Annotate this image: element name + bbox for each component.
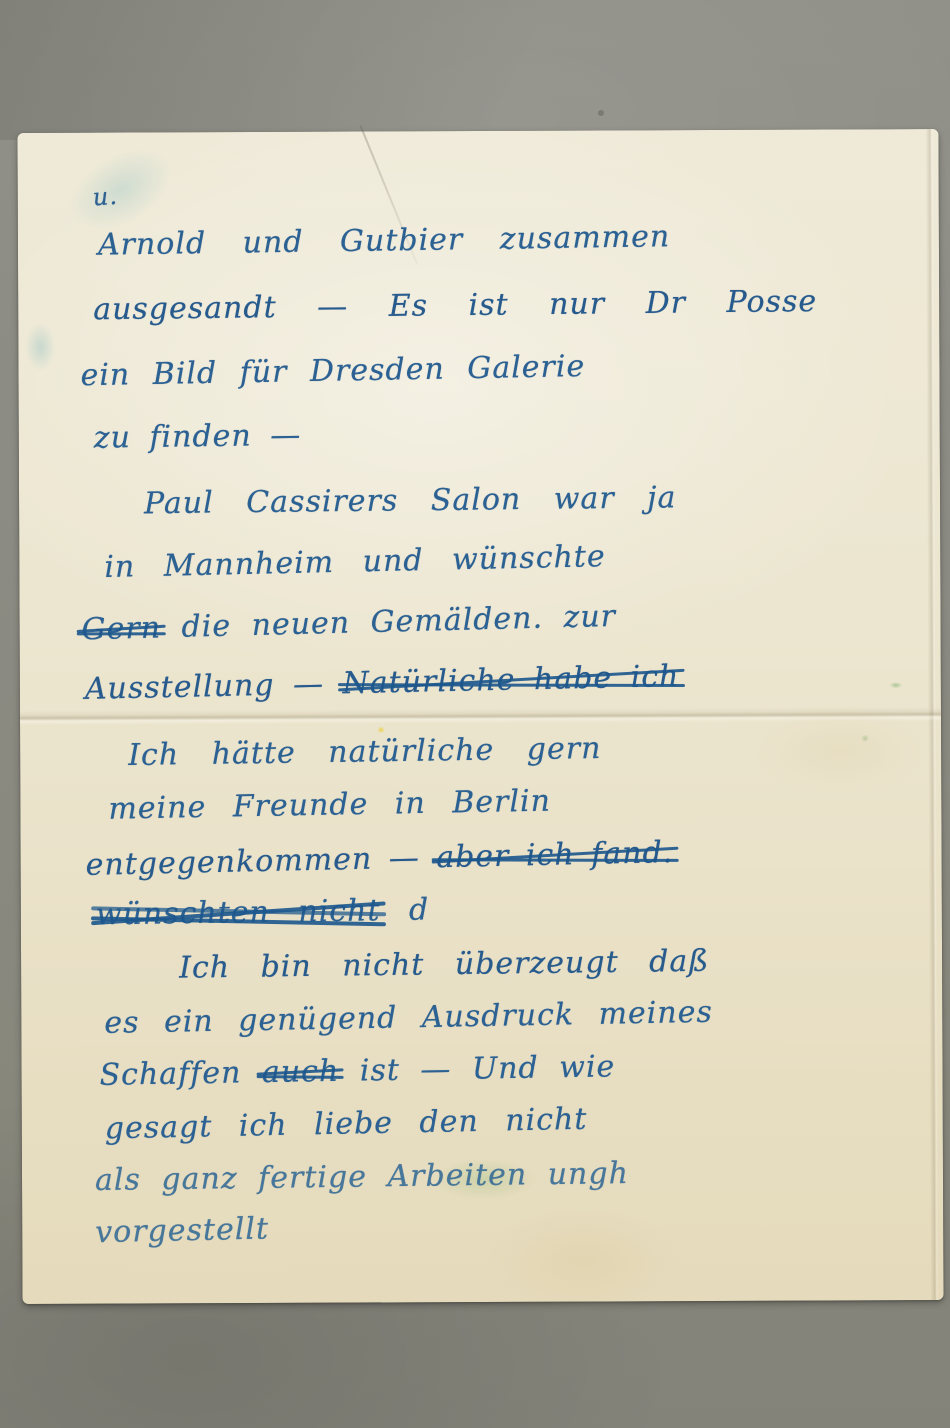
struck-text: wünschten nicht xyxy=(96,893,381,932)
manuscript-line: vorgestellt xyxy=(95,1211,269,1250)
stain-smudge xyxy=(452,1190,713,1331)
handwriting-text: als ganz fertige Arbeiten ungh xyxy=(95,1156,629,1198)
handwriting-text: Ich bin nicht überzeugt daß xyxy=(179,944,710,986)
handwriting-text: ist — Und wie xyxy=(339,1049,616,1089)
manuscript-line: als ganz fertige Arbeiten ungh xyxy=(95,1156,629,1198)
ink-smudge xyxy=(20,315,60,379)
manuscript-line: Gern die neuen Gemälden. zur xyxy=(81,599,616,648)
handwriting-text: es ein genügend Ausdruck meines xyxy=(104,995,713,1041)
manuscript-line: Ausstellung — Natürliche habe ich xyxy=(85,659,680,707)
manuscript-line: Paul Cassirers Salon war ja xyxy=(144,480,677,521)
handwriting-text: zu finden — xyxy=(94,418,302,456)
stain-fleck xyxy=(376,725,386,734)
handwriting-text: vorgestellt xyxy=(95,1211,269,1250)
manuscript-line: zu finden — xyxy=(94,418,302,456)
background-shadow xyxy=(0,0,950,140)
manuscript-line: ein Bild für Dresden Galerie xyxy=(80,349,585,393)
handwriting-text: ein Bild für Dresden Galerie xyxy=(80,349,585,393)
handwriting-text: die neuen Gemälden. zur xyxy=(161,599,617,646)
background-speck xyxy=(598,110,604,116)
manuscript-line: Schaffen auch ist — Und wie xyxy=(99,1049,615,1093)
manuscript-line: Ich hätte natürliche gern xyxy=(128,731,602,773)
handwriting-text: meine Freunde in Berlin xyxy=(108,784,551,827)
manuscript-line: ausgesandt — Es ist nur Dr Posse xyxy=(93,284,817,327)
handwriting-text: Ich hätte natürliche gern xyxy=(128,731,602,773)
manuscript-line: entgegenkommen — aber ich fand. xyxy=(85,835,673,883)
struck-text: Gern xyxy=(81,610,161,647)
handwriting-text: d xyxy=(380,892,429,928)
handwriting-text: Ausstellung — xyxy=(85,666,343,707)
manuscript-line: Arnold und Gutbier zusammen xyxy=(98,219,671,262)
handwriting-text: Schaffen xyxy=(99,1055,262,1093)
handwriting-text: Arnold und Gutbier zusammen xyxy=(98,219,671,262)
stain-fleck xyxy=(888,681,904,689)
stain-smudge xyxy=(720,689,950,810)
manuscript-line: gesagt ich liebe den nicht xyxy=(104,1102,587,1147)
manuscript-line: es ein genügend Ausdruck meines xyxy=(104,995,713,1041)
handwriting-text: entgegenkommen — xyxy=(85,840,436,883)
manuscript-line: wünschten nicht d xyxy=(96,892,430,932)
manuscript-line: meine Freunde in Berlin xyxy=(108,784,551,827)
manuscript-line: Ich bin nicht überzeugt daß xyxy=(179,944,710,986)
struck-text: aber ich fand. xyxy=(436,835,674,875)
handwriting-text: in Mannheim und wünschte xyxy=(104,539,606,585)
manuscript-line: in Mannheim und wünschte xyxy=(104,539,606,585)
struck-text: Natürliche habe ich xyxy=(342,659,680,701)
letter-page: u. Arnold und Gutbier zusammen ausgesand… xyxy=(17,129,943,1304)
struck-text: auch xyxy=(262,1054,340,1090)
handwriting-text: ausgesandt — Es ist nur Dr Posse xyxy=(93,284,817,327)
handwriting-text: Paul Cassirers Salon war ja xyxy=(144,480,677,521)
margin-note: u. xyxy=(92,182,119,212)
handwriting-text: gesagt ich liebe den nicht xyxy=(104,1102,587,1147)
